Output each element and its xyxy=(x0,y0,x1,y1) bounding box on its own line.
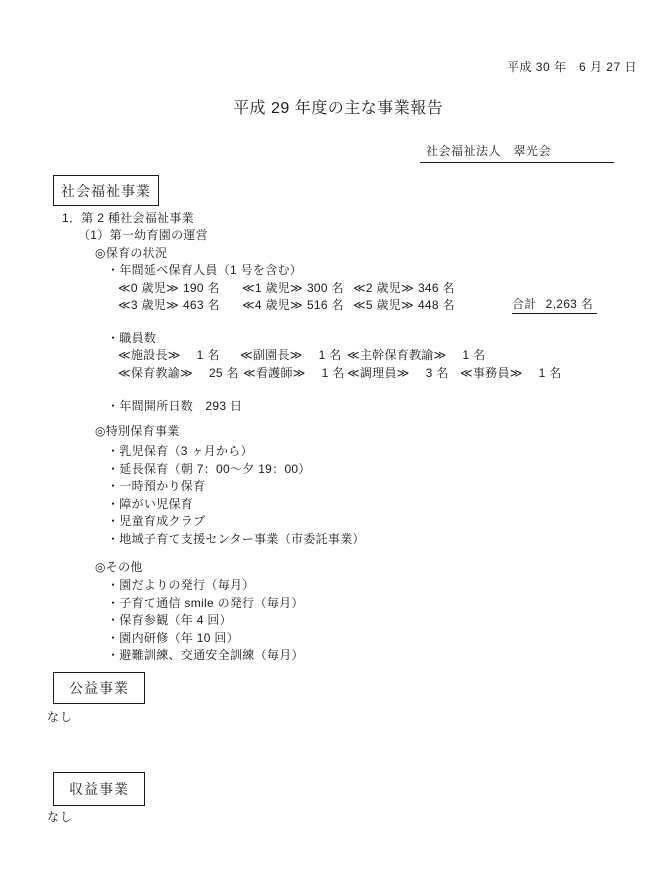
age-value: 463 名 xyxy=(183,298,220,312)
age-label: ≪2 歳児≫ xyxy=(353,281,414,295)
special-program-item: ・一時預かり保育 xyxy=(107,479,205,493)
special-program-item: ・地域子育て支援センター事業（市委託事業） xyxy=(107,532,365,546)
heading-others: ◎その他 xyxy=(95,560,143,574)
report-date: 平成 30 年 6 月 27 日 xyxy=(507,58,637,75)
staff-role-label: ≪施設長≫ xyxy=(118,348,181,362)
organization-name: 社会福祉法人 翠光会 xyxy=(420,142,614,163)
age-label: ≪4 歳児≫ xyxy=(242,298,303,312)
staff-row-2: ≪保育教諭≫25 名 ≪看護師≫1 名 ≪調理員≫3 名 ≪事務員≫1 名 xyxy=(0,366,666,382)
enrollment-age-5: ≪5 歳児≫448 名 xyxy=(353,298,455,312)
other-item: ・園内研修（年 10 回） xyxy=(107,631,239,645)
enrollment-age-2: ≪2 歳児≫346 名 xyxy=(353,281,455,295)
special-program-item: ・延長保育（朝 7：00～夕 19：00） xyxy=(107,462,311,476)
age-label: ≪0 歳児≫ xyxy=(118,281,179,295)
staff-role-value: 3 名 xyxy=(426,366,449,380)
report-title: 平成 29 年度の主な事業報告 xyxy=(233,95,443,118)
other-item: ・子育て通信 smile の発行（毎月） xyxy=(107,596,304,610)
section-box-revenue-business: 収益事業 xyxy=(53,772,145,806)
age-value: 516 名 xyxy=(307,298,344,312)
enrollment-row-2: ≪3 歳児≫463 名 ≪4 歳児≫516 名 ≪5 歳児≫448 名 合計2,… xyxy=(0,298,666,314)
age-value: 448 名 xyxy=(418,298,455,312)
staff-role-label: ≪保育教諭≫ xyxy=(118,366,193,380)
enrollment-age-1: ≪1 歳児≫300 名 xyxy=(242,281,344,295)
public-benefit-content: なし xyxy=(47,708,73,725)
enrollment-label: ・年間延べ保育人員（1 号を含む） xyxy=(107,263,302,277)
section-box-public-benefit-label: 公益事業 xyxy=(69,678,129,698)
total-label: 合計 xyxy=(512,297,537,311)
staff-role-label: ≪事務員≫ xyxy=(460,366,523,380)
staff-cook: ≪調理員≫3 名 xyxy=(347,366,449,380)
section-box-revenue-business-label: 収益事業 xyxy=(69,779,129,799)
staff-role-label: ≪副園長≫ xyxy=(240,348,303,362)
staff-role-label: ≪看護師≫ xyxy=(243,366,306,380)
staff-nurse: ≪看護師≫1 名 xyxy=(243,366,345,380)
staff-role-value: 1 名 xyxy=(463,348,486,362)
age-label: ≪1 歳児≫ xyxy=(242,281,303,295)
other-item: ・避難訓練、交通安全訓練（毎月） xyxy=(107,648,304,662)
staff-role-value: 1 名 xyxy=(322,366,345,380)
enrollment-total: 合計2,263 名 xyxy=(512,297,597,314)
enrollment-age-0: ≪0 歳児≫190 名 xyxy=(118,281,220,295)
age-label: ≪5 歳児≫ xyxy=(353,298,414,312)
staff-teachers: ≪保育教諭≫25 名 xyxy=(118,366,239,380)
heading-type2-social-welfare: 1．第 2 種社会福祉事業 xyxy=(62,211,194,225)
enrollment-row-1: ≪0 歳児≫190 名 ≪1 歳児≫300 名 ≪2 歳児≫346 名 xyxy=(0,281,666,297)
age-label: ≪3 歳児≫ xyxy=(118,298,179,312)
staff-role-value: 1 名 xyxy=(197,348,220,362)
staff-vice-director: ≪副園長≫1 名 xyxy=(240,348,342,362)
staff-label: ・職員数 xyxy=(107,331,156,345)
age-value: 300 名 xyxy=(307,281,344,295)
section-box-public-benefit: 公益事業 xyxy=(53,672,145,704)
staff-role-value: 25 名 xyxy=(209,366,239,380)
staff-clerk: ≪事務員≫1 名 xyxy=(460,366,562,380)
section-box-social-welfare-label: 社会福祉事業 xyxy=(61,181,151,201)
heading-special-programs: ◎特別保育事業 xyxy=(95,424,180,438)
enrollment-age-4: ≪4 歳児≫516 名 xyxy=(242,298,344,312)
other-item: ・保育参観（年 4 回） xyxy=(107,613,232,627)
age-value: 346 名 xyxy=(418,281,455,295)
heading-childcare-status: ◎保育の状況 xyxy=(95,246,167,260)
special-program-item: ・乳児保育（3 ヶ月から） xyxy=(107,444,253,458)
special-program-item: ・児童育成クラブ xyxy=(107,514,205,528)
staff-role-label: ≪主幹保育教諭≫ xyxy=(347,348,447,362)
staff-row-1: ≪施設長≫1 名 ≪副園長≫1 名 ≪主幹保育教諭≫1 名 xyxy=(0,348,666,364)
open-days: ・年間開所日数 293 日 xyxy=(107,399,242,413)
staff-role-label: ≪調理員≫ xyxy=(347,366,410,380)
total-value: 2,263 名 xyxy=(546,297,593,311)
staff-role-value: 1 名 xyxy=(319,348,342,362)
section-box-social-welfare: 社会福祉事業 xyxy=(53,175,159,206)
other-item: ・園だよりの発行（毎月） xyxy=(107,578,255,592)
enrollment-age-3: ≪3 歳児≫463 名 xyxy=(118,298,220,312)
special-program-item: ・障がい児保育 xyxy=(107,497,193,511)
age-value: 190 名 xyxy=(183,281,220,295)
staff-role-value: 1 名 xyxy=(539,366,562,380)
revenue-business-content: なし xyxy=(47,808,73,825)
staff-director: ≪施設長≫1 名 xyxy=(118,348,220,362)
report-page: 平成 30 年 6 月 27 日 平成 29 年度の主な事業報告 社会福祉法人 … xyxy=(0,0,666,880)
staff-head-teacher: ≪主幹保育教諭≫1 名 xyxy=(347,348,485,362)
heading-daiichi-youikuen: （1）第一幼育園の運営 xyxy=(78,228,208,242)
